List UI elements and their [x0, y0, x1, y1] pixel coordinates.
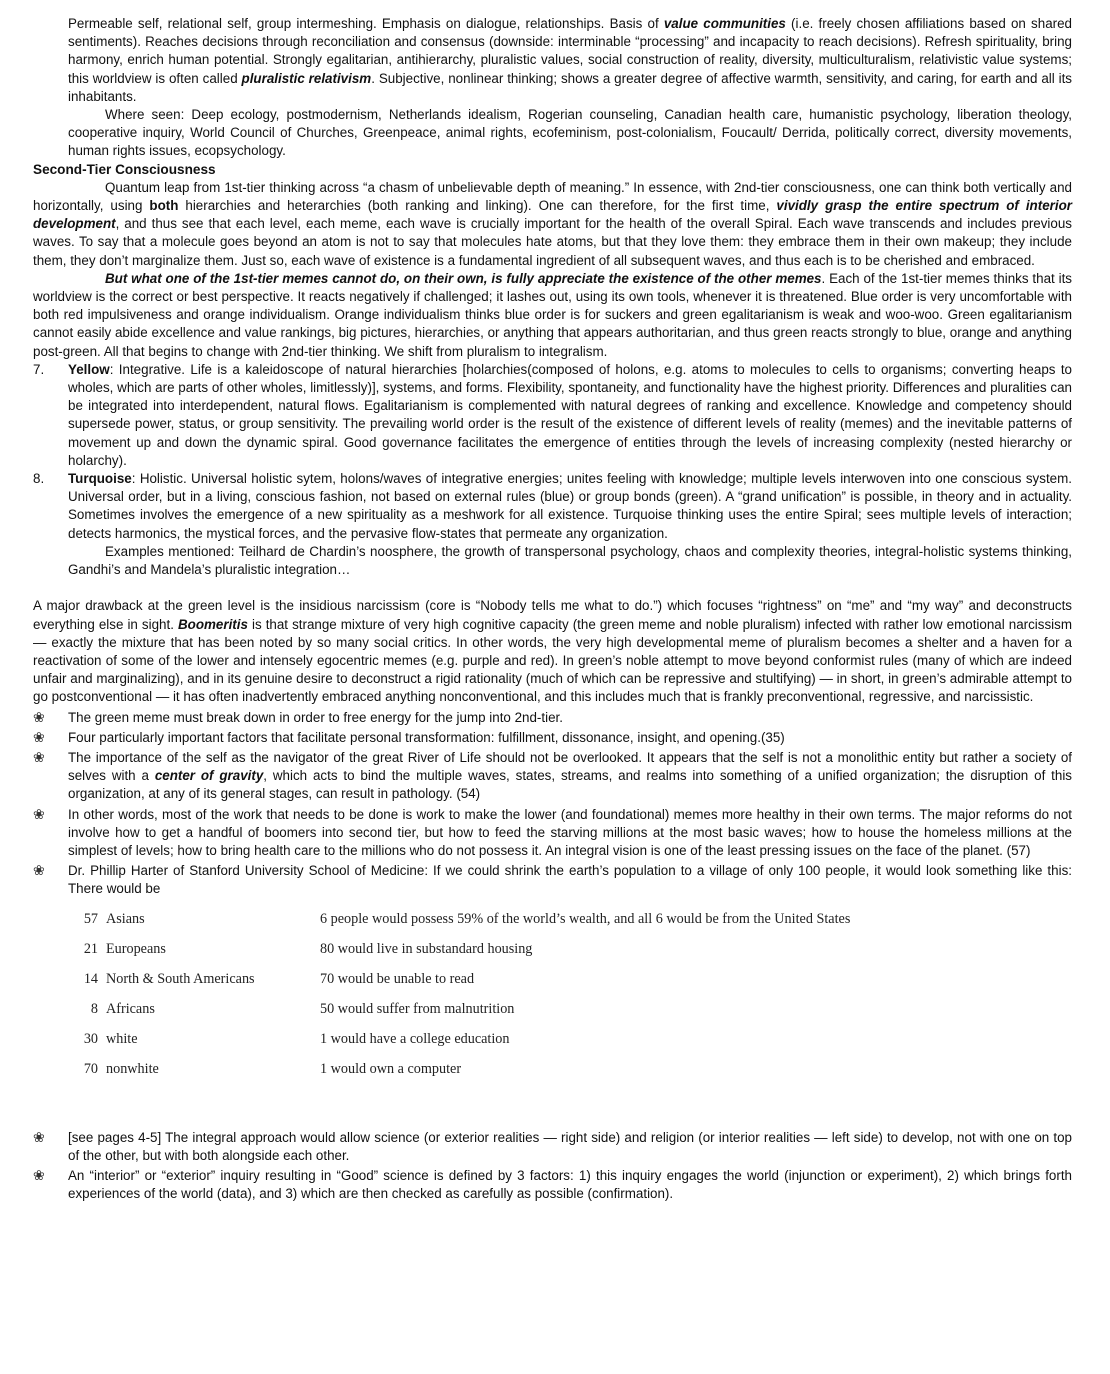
- flower-bullet-icon: ❀: [33, 1130, 45, 1144]
- bullet-item: ❀[see pages 4-5] The integral approach w…: [33, 1129, 1072, 1165]
- flower-bullet-icon: ❀: [33, 863, 45, 877]
- green-meme-continued: Permeable self, relational self, group i…: [33, 15, 1072, 161]
- table-row: 21 Europeans 80 would live in substandar…: [68, 935, 850, 965]
- level-yellow: 7. Yellow: Integrative. Life is a kaleid…: [33, 361, 1072, 470]
- table-row: 57 Asians 6 people would possess 59% of …: [68, 905, 850, 935]
- second-tier-intro: Quantum leap from 1st-tier thinking acro…: [33, 179, 1072, 270]
- bullet-item: ❀In other words, most of the work that n…: [33, 806, 1072, 861]
- population-count: 30: [68, 1025, 106, 1055]
- village-of-100-table: 57 Asians 6 people would possess 59% of …: [68, 905, 850, 1085]
- level-name: Turquoise: [68, 471, 132, 486]
- green-description: Permeable self, relational self, group i…: [68, 15, 1072, 106]
- emphasis-first-tier-memes: But what one of the 1st-tier memes canno…: [105, 271, 822, 286]
- population-group: Europeans: [106, 935, 320, 965]
- flower-bullet-icon: ❀: [33, 730, 45, 744]
- bullet-item: ❀The importance of the self as the navig…: [33, 749, 1072, 804]
- bullet-item: ❀An “interior” or “exterior” inquiry res…: [33, 1167, 1072, 1203]
- level-turquoise: 8. Turquoise: Holistic. Universal holist…: [33, 470, 1072, 579]
- meme-levels-list: 7. Yellow: Integrative. Life is a kaleid…: [33, 361, 1072, 579]
- emphasis-boomeritis: Boomeritis: [178, 617, 248, 632]
- list-number: 7.: [33, 361, 44, 379]
- population-group: Africans: [106, 995, 320, 1025]
- final-bullet-list: ❀[see pages 4-5] The integral approach w…: [33, 1129, 1072, 1204]
- flower-bullet-icon: ❀: [33, 1168, 45, 1182]
- population-count: 70: [68, 1055, 106, 1085]
- population-group: white: [106, 1025, 320, 1055]
- drawback-paragraph: A major drawback at the green level is t…: [33, 597, 1072, 706]
- table-row: 70 nonwhite 1 would own a computer: [68, 1055, 850, 1085]
- population-count: 14: [68, 965, 106, 995]
- section-heading-second-tier: Second-Tier Consciousness: [33, 161, 1072, 179]
- table-row: 14 North & South Americans 70 would be u…: [68, 965, 850, 995]
- table-row: 30 white 1 would have a college educatio…: [68, 1025, 850, 1055]
- village-fact: 50 would suffer from malnutrition: [320, 995, 850, 1025]
- document-page: Permeable self, relational self, group i…: [0, 0, 1110, 1203]
- population-group: Asians: [106, 905, 320, 935]
- village-fact: 1 would own a computer: [320, 1055, 850, 1085]
- bullet-item: ❀Four particularly important factors tha…: [33, 729, 1072, 747]
- turquoise-examples: Examples mentioned: Teilhard de Chardin’…: [68, 543, 1072, 579]
- emphasis-center-of-gravity: center of gravity: [155, 768, 263, 783]
- village-fact: 70 would be unable to read: [320, 965, 850, 995]
- bullet-item: ❀Dr. Phillip Harter of Stanford Universi…: [33, 862, 1072, 898]
- population-count: 8: [68, 995, 106, 1025]
- table-row: 8 Africans 50 would suffer from malnutri…: [68, 995, 850, 1025]
- emphasis-pluralistic-relativism: pluralistic relativism: [242, 71, 372, 86]
- village-fact: 6 people would possess 59% of the world’…: [320, 905, 850, 935]
- level-name: Yellow: [68, 362, 110, 377]
- population-group: North & South Americans: [106, 965, 320, 995]
- village-fact: 80 would live in substandard housing: [320, 935, 850, 965]
- flower-bullet-icon: ❀: [33, 750, 45, 764]
- emphasis-value-communities: value communities: [664, 16, 786, 31]
- population-group: nonwhite: [106, 1055, 320, 1085]
- list-number: 8.: [33, 470, 44, 488]
- flower-bullet-icon: ❀: [33, 807, 45, 821]
- green-where-seen: Where seen: Deep ecology, postmodernism,…: [68, 106, 1072, 161]
- population-count: 57: [68, 905, 106, 935]
- bullet-list: ❀The green meme must break down in order…: [33, 709, 1072, 899]
- village-fact: 1 would have a college education: [320, 1025, 850, 1055]
- population-count: 21: [68, 935, 106, 965]
- second-tier-memes: But what one of the 1st-tier memes canno…: [33, 270, 1072, 361]
- bullet-item: ❀The green meme must break down in order…: [33, 709, 1072, 727]
- flower-bullet-icon: ❀: [33, 710, 45, 724]
